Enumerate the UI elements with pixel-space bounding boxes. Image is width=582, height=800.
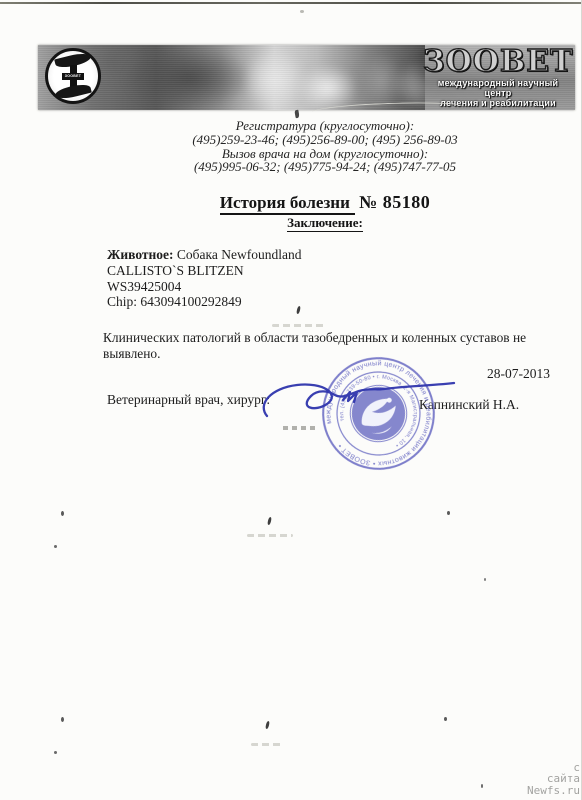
scan-speck bbox=[267, 517, 272, 525]
site-watermark: с сайта Newfs.ru bbox=[527, 762, 580, 797]
brand-tagline-1: международный научный центр bbox=[423, 78, 573, 98]
scan-speck bbox=[300, 10, 304, 13]
animal-registration-number: WS39425004 bbox=[107, 279, 302, 295]
logo-text: ЗООВЕТ bbox=[62, 74, 84, 78]
scan-speck bbox=[481, 784, 483, 788]
clinic-header-banner: ЗООВЕТ ЗООВЕТ международный научный цент… bbox=[38, 45, 575, 110]
scan-smudge bbox=[251, 743, 283, 746]
doctor-signature bbox=[255, 372, 460, 430]
document-title: История болезни № 85180 bbox=[68, 192, 582, 213]
case-number: № 85180 bbox=[359, 192, 430, 212]
document-subtitle: Заключение: bbox=[68, 215, 582, 231]
registry-phones: (495)259-23-46; (495)256-89-00; (495) 25… bbox=[68, 133, 582, 147]
scan-smudge bbox=[272, 324, 324, 327]
scan-speck bbox=[61, 717, 64, 722]
animal-chip-number: Chip: 643094100292849 bbox=[107, 294, 302, 310]
scan-speck bbox=[294, 110, 299, 119]
scan-edge-artifact bbox=[0, 2, 582, 4]
scan-speck bbox=[484, 578, 486, 581]
medical-cross-icon: ЗООВЕТ bbox=[62, 65, 84, 87]
doctor-title-label: Ветеринарный врач, хирург: bbox=[107, 392, 270, 408]
animal-info-block: Животное: Собака Newfoundland CALLISTO`S… bbox=[107, 247, 302, 310]
hand-icon bbox=[54, 82, 92, 101]
brand-name: ЗООВЕТ bbox=[423, 46, 573, 78]
watermark-line: Newfs.ru bbox=[527, 785, 580, 797]
title-text: История болезни bbox=[220, 193, 355, 215]
document-date: 28-07-2013 bbox=[487, 366, 550, 382]
zoovet-hands-cross-logo-icon: ЗООВЕТ bbox=[45, 48, 101, 104]
watermark-line: сайта bbox=[527, 773, 580, 785]
animal-species-breed: Собака Newfoundland bbox=[177, 247, 302, 262]
animal-name: CALLISTO`S BLITZEN bbox=[107, 263, 302, 279]
housecall-phones: (495)995-06-32; (495)775-94-24; (495)747… bbox=[68, 160, 582, 174]
subtitle-text: Заключение: bbox=[287, 215, 363, 232]
scan-speck bbox=[54, 751, 57, 754]
conclusion-text: Клинических патологий в области тазобедр… bbox=[103, 330, 527, 362]
brand-block: ЗООВЕТ международный научный центр лечен… bbox=[423, 46, 573, 110]
scan-speck bbox=[61, 511, 64, 516]
scan-speck bbox=[54, 545, 57, 548]
scan-speck bbox=[447, 511, 450, 515]
animal-label: Животное: bbox=[107, 247, 174, 262]
registry-label: Регистратура (круглосуточно): bbox=[68, 119, 582, 133]
contact-info-block: Регистратура (круглосуточно): (495)259-2… bbox=[68, 119, 582, 174]
scan-smudge bbox=[247, 534, 293, 537]
scan-speck bbox=[265, 721, 270, 729]
housecall-label: Вызов врача на дом (круглосуточно): bbox=[68, 147, 582, 161]
scan-speck bbox=[444, 717, 447, 721]
scanned-document-page: ЗООВЕТ ЗООВЕТ международный научный цент… bbox=[0, 0, 582, 800]
animal-line: Животное: Собака Newfoundland bbox=[107, 247, 302, 263]
